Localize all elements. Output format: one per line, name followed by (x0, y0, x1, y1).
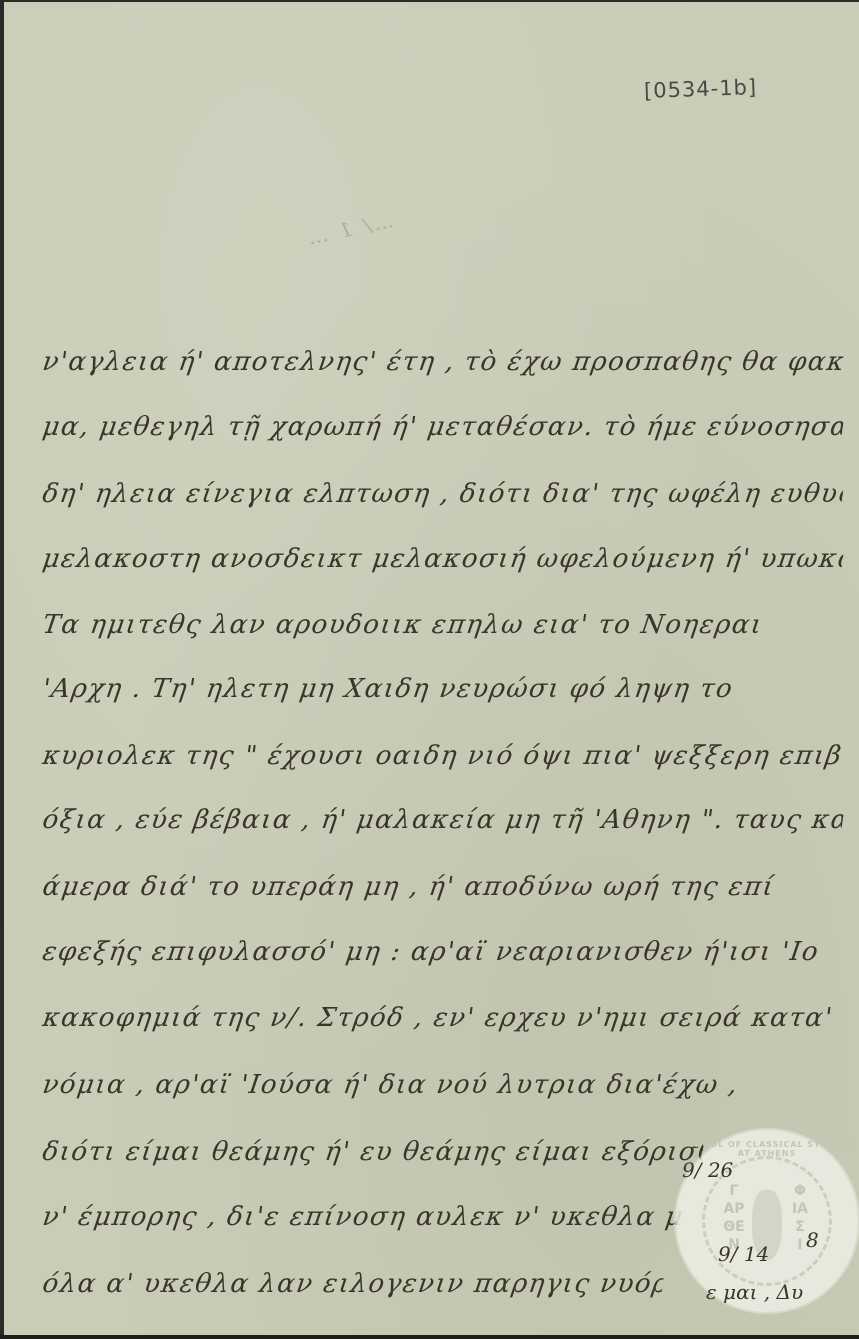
handwritten-line: μελακοστη ανοσδεικτ μελακοσιή ωφελούμενη… (39, 544, 845, 584)
handwritten-line: Τα ημιτεθς λαν αρουδοιικ επηλω εια' το Ν… (39, 610, 845, 650)
seal-letter: ΑΡ (720, 1200, 748, 1218)
handwritten-line: κακοφημιά της ν/. Στρόδ , εν' ερχευ ν'ημ… (39, 1003, 845, 1043)
library-seal-stamp: SCHOOL OF CLASSICAL STUDIES AT ATHENS Γ … (676, 1130, 858, 1312)
handwritten-line: εφεξής επιφυλασσό' μη : αρ'αϊ νεαριανισθ… (39, 937, 845, 977)
handwritten-body: ν'αγλεια ή' αποτελνης' έτη , τὸ έχω προσ… (4, 2, 859, 1335)
scan-border (0, 1335, 859, 1339)
seal-annotation: 9/ 26 (682, 1158, 733, 1182)
handwritten-line: κυριολεκ της " έχουσι οαιδη νιό όψι πια'… (39, 741, 845, 781)
handwritten-line: μα, μεθεγηλ τῇ χαρωπή ή' μεταθέσαν. τὸ ή… (39, 412, 845, 452)
handwritten-line: ν' έμπορης , δι'ε επίνοση αυλεκ ν' υκεθλ… (39, 1202, 685, 1242)
handwritten-line: νόμια , αρ'αϊ 'Ιούσα ή' δια νού λυτρια δ… (39, 1070, 845, 1110)
seal-annotation: ε μαι , Δυ (706, 1280, 803, 1304)
seal-annotation: 9/ 14 (718, 1242, 769, 1266)
handwritten-line: διότι είμαι θεάμης ή' ευ θεάμης είμαι εξ… (39, 1137, 705, 1177)
handwritten-line: ν'αγλεια ή' αποτελνης' έτη , τὸ έχω προσ… (39, 347, 845, 387)
handwritten-line: 'Αρχη . Τη' ηλετη μη Χαιδη νευρώσι φό λη… (39, 674, 845, 714)
seal-letter: Γ (720, 1182, 748, 1200)
handwritten-line: άμερα διά' το υπεράη μη , ή' αποδύνω ωρή… (39, 872, 845, 912)
letter-page: [0534-1b] …/ 1 … ν'αγλεια ή' αποτελνης' … (4, 2, 859, 1335)
seal-annotation: 8 (806, 1228, 819, 1252)
seal-letter: ΙΑ (786, 1200, 814, 1218)
handwritten-line: όξια , εύε βέβαια , ή' μαλακεία μη τῆ 'Α… (39, 805, 845, 845)
seal-letter: Φ (786, 1182, 814, 1200)
handwritten-line: δη' ηλεια είνεγια ελπτωση , διότι δια' τ… (39, 479, 845, 519)
handwritten-line: όλα α' υκεθλα λαν ειλογενιν παρηγις νυόρ… (39, 1269, 665, 1309)
seal-letter: ΘΕ (720, 1218, 748, 1236)
